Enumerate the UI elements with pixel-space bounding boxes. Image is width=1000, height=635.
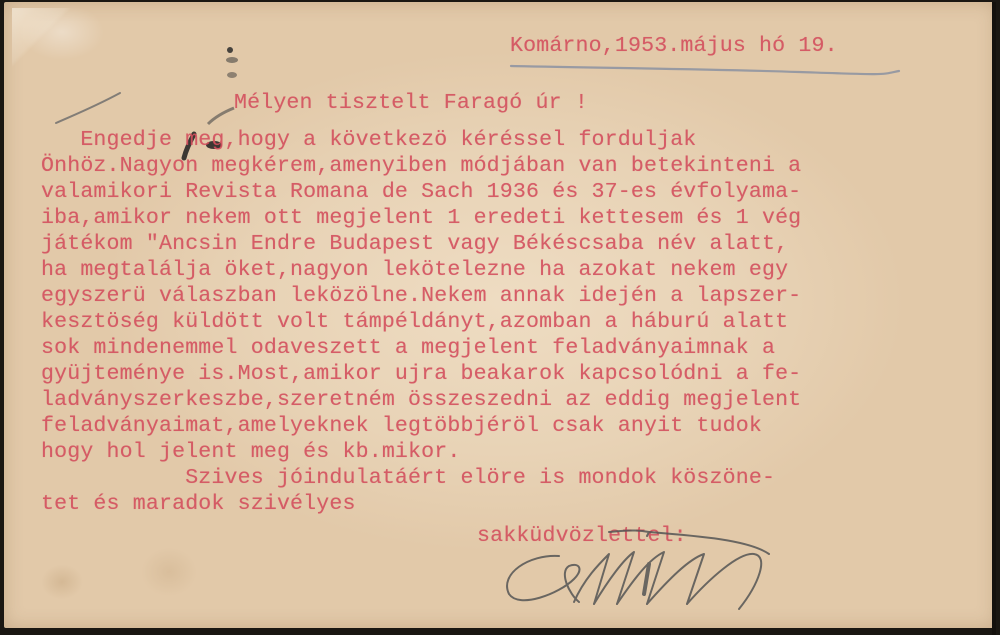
pencil-underline — [509, 60, 901, 80]
card-edge — [992, 2, 996, 633]
body-line: kesztöség küldött volt támpéldányt,azomb… — [41, 309, 801, 335]
salutation: Mélyen tisztelt Faragó úr ! — [234, 90, 588, 116]
letter-body: Engedje meg,hogy a következö kéréssel fo… — [41, 127, 801, 517]
body-line: Engedje meg,hogy a következö kéréssel fo… — [41, 127, 801, 153]
body-line: tet és maradok szivélyes — [41, 491, 801, 517]
corner-crease — [12, 8, 72, 68]
body-line: játékom "Ancsin Endre Budapest vagy Béké… — [41, 231, 801, 257]
signature — [499, 524, 859, 619]
body-line: feladványaimat,amelyeknek legtöbbjéröl c… — [41, 413, 801, 439]
pencil-mark — [54, 87, 124, 127]
postcard: Komárno,1953.május hó 19. Mélyen tisztel… — [4, 2, 996, 628]
body-line: iba,amikor nekem ott megjelent 1 eredeti… — [41, 205, 801, 231]
body-line: Szives jóindulatáért elöre is mondok kös… — [41, 465, 801, 491]
body-line: egyszerü válaszban leközölne.Nekem annak… — [41, 283, 801, 309]
body-line: valamikori Revista Romana de Sach 1936 é… — [41, 179, 801, 205]
body-line: Önhöz.Nagyon megkérem,amenyiben módjában… — [41, 153, 801, 179]
body-line: ladványszerkeszbe,szeretném összeszedni … — [41, 387, 801, 413]
body-line: sok mindenemmel odaveszett a megjelent f… — [41, 335, 801, 361]
date-line: Komárno,1953.május hó 19. — [510, 33, 838, 59]
body-line: ha megtalálja öket,nagyon lekötelezne ha… — [41, 257, 801, 283]
body-line: gyüjteménye is.Most,amikor ujra beakarok… — [41, 361, 801, 387]
body-line: hogy hol jelent meg és kb.mikor. — [41, 439, 801, 465]
